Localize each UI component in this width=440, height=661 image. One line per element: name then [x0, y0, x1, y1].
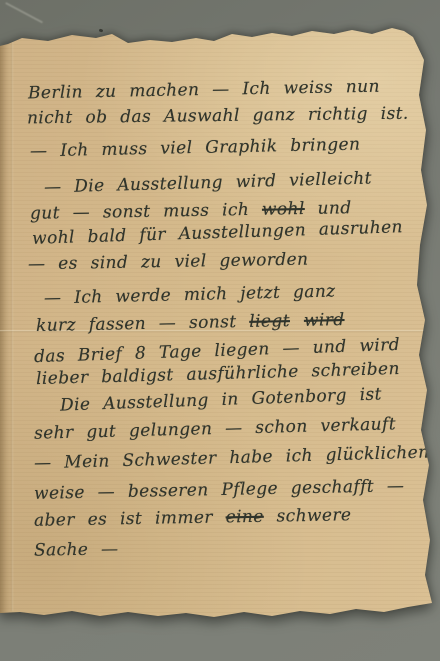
handwriting-line: kurz fassen — sonst liegtwird	[36, 310, 345, 336]
vertical-crease	[11, 40, 13, 611]
handwriting-line: — Mein Schwester habe ich glücklichen	[34, 442, 430, 473]
handwriting-line: nicht ob das Auswahl ganz richtig ist.	[27, 104, 409, 129]
handwriting-line: weise — besseren Pflege geschafft —	[34, 476, 405, 504]
line-text: — Mein Schwester habe ich glücklichen	[34, 442, 430, 473]
handwriting-line: — Ich muss viel Graphik bringen	[30, 135, 361, 162]
line-text: aber es ist immer	[34, 507, 226, 530]
struck-word: eine	[225, 507, 263, 528]
handwriting-line: Berlin zu machen — Ich weiss nun	[28, 77, 380, 104]
line-text: Die Ausstellung in Gotenborg ist	[60, 384, 382, 415]
line-text: — Die Ausstellung wird vielleicht	[44, 168, 372, 197]
line-text: — Ich muss viel Graphik bringen	[30, 135, 361, 162]
paper-shadow: Berlin zu machen — Ich weiss nun nicht o…	[0, 0, 440, 661]
struck-word: wohl	[262, 199, 305, 220]
handwriting-line: sehr gut gelungen — schon verkauft	[34, 414, 396, 443]
handwriting-line: — es sind zu viel geworden	[28, 250, 309, 275]
handwriting-line: aber es ist immer eine schwere	[34, 505, 352, 531]
line-text: Sache —	[34, 539, 119, 560]
struck-word: wird	[304, 310, 345, 331]
letter-paper: Berlin zu machen — Ich weiss nun nicht o…	[0, 0, 440, 661]
line-text: schwere	[264, 505, 352, 527]
line-text: — es sind zu viel geworden	[28, 250, 309, 275]
handwriting-line: Die Ausstellung in Gotenborg ist	[60, 384, 382, 415]
line-text: nicht ob das Auswahl ganz richtig ist.	[27, 104, 409, 129]
line-text: weise — besseren Pflege geschafft —	[34, 476, 405, 504]
line-text: Berlin zu machen — Ich weiss nun	[28, 77, 380, 104]
line-text: und	[305, 198, 352, 219]
line-text: — Ich werde mich jetzt ganz	[44, 281, 336, 308]
line-text: sehr gut gelungen — schon verkauft	[34, 414, 396, 443]
struck-word: liegt	[249, 311, 290, 332]
handwriting-line: — Ich werde mich jetzt ganz	[44, 281, 336, 308]
line-text: kurz fassen — sonst	[36, 312, 250, 336]
letter-photograph: Berlin zu machen — Ich weiss nun nicht o…	[0, 0, 440, 661]
handwriting-line: Sache —	[34, 539, 119, 560]
line-text: gut — sonst muss ich	[30, 200, 262, 224]
handwriting-line: — Die Ausstellung wird vielleicht	[44, 168, 372, 197]
